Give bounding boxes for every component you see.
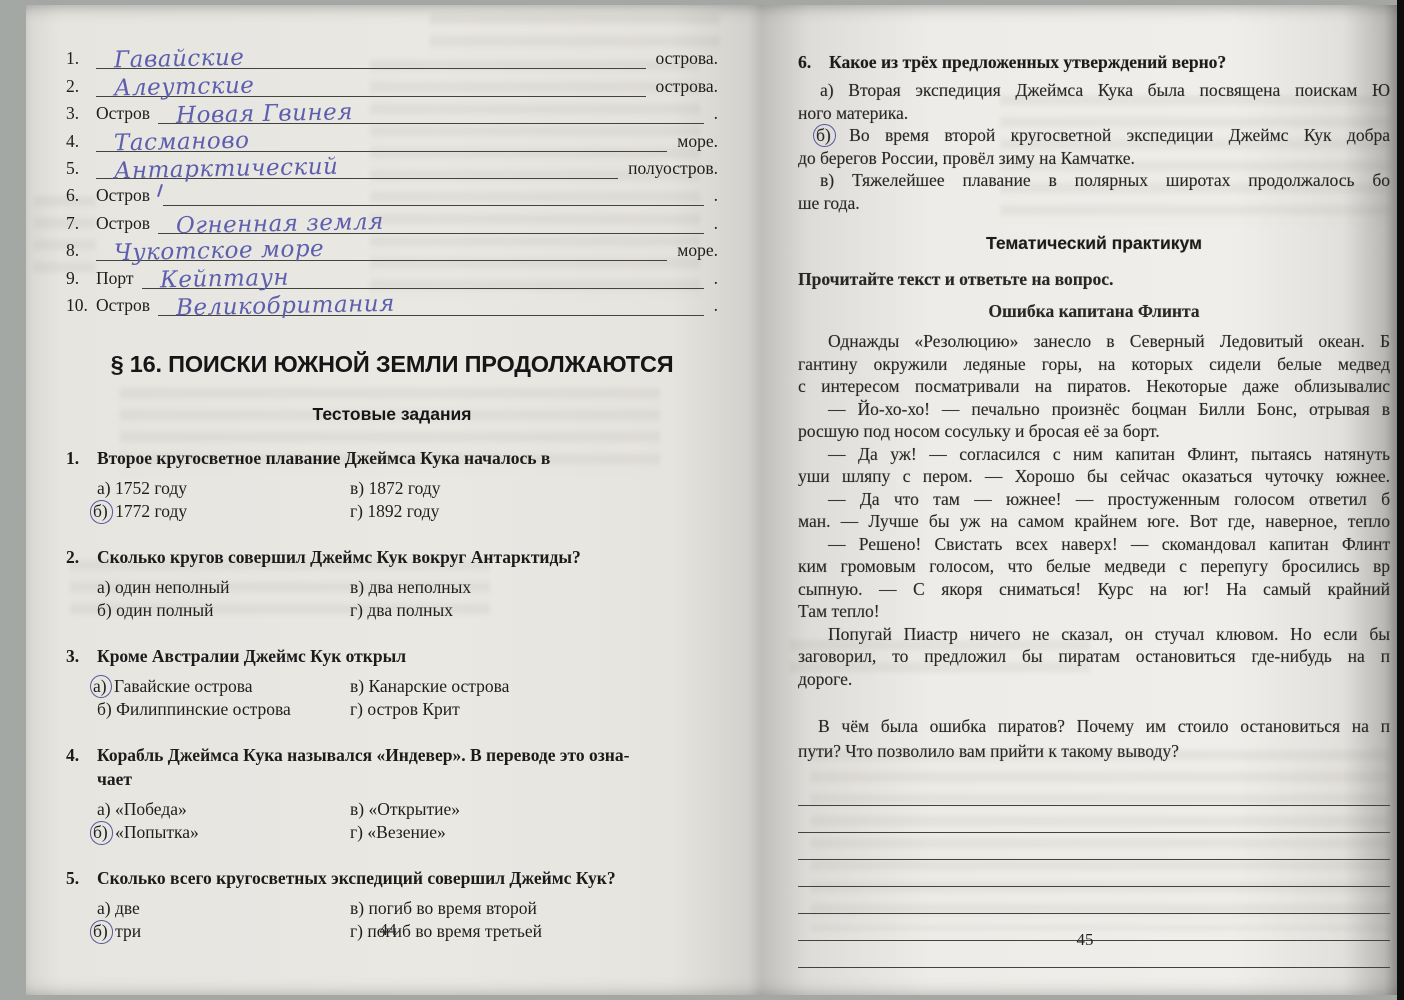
item-label: Остров — [96, 185, 158, 206]
answer-option: б) один полный — [97, 599, 350, 623]
answer-blank-line — [798, 860, 1390, 887]
question-number: 1. — [66, 446, 97, 470]
blank-line: Гавайские — [96, 41, 646, 69]
text-line: Там тепло! — [798, 600, 1390, 623]
item-label: Остров — [96, 295, 158, 316]
answer-option: а) 1752 году — [97, 477, 350, 501]
option-letter: в) — [820, 170, 834, 190]
item-number: 6. — [66, 185, 96, 206]
blank-line: Чукотское море — [96, 233, 667, 261]
option-letter-circled: б) — [90, 500, 113, 523]
item-suffix: . — [704, 213, 718, 234]
answer-option: в) 1872 году — [350, 477, 718, 501]
fill-in-row: 4.Тасмановоморе. — [66, 124, 718, 151]
option-letter-circled: б) — [90, 821, 113, 844]
answer-option-line: в) Тяжелейшее плавание в полярных широта… — [798, 169, 1390, 192]
answer-option-line: б) Во время второй кругосветной экспедиц… — [798, 124, 1390, 147]
blank-line: Огненная земля — [158, 205, 704, 233]
item-number: 1. — [66, 48, 96, 69]
item-number: 7. — [66, 213, 96, 234]
item-number: 2. — [66, 76, 96, 97]
item-number: 3. — [66, 103, 96, 124]
answer-option: а) две — [97, 897, 350, 921]
question-number: 6. — [798, 50, 829, 74]
blank-line: Тасманово — [96, 123, 667, 151]
item-number: 4. — [66, 131, 96, 152]
option-letter: в) — [350, 577, 364, 597]
answer-option: а) Гавайские острова — [97, 675, 350, 699]
question-options: а) один неполныйб) один полныйв) два неп… — [97, 576, 718, 623]
answer-option: в) «Открытие» — [350, 798, 718, 822]
section-title: § 16. ПОИСКИ ЮЖНОЙ ЗЕМЛИ ПРОДОЛЖАЮТСЯ — [66, 351, 718, 378]
text-line: Однажды «Резолюцию» занесло в Северный Л… — [798, 330, 1390, 353]
option-letter: в) — [350, 898, 364, 918]
option-letter: г) — [350, 600, 363, 620]
question-options: а) 1752 годуб) 1772 годув) 1872 годуг) 1… — [97, 477, 718, 524]
item-label: Порт — [96, 268, 142, 289]
option-letter: г) — [350, 501, 363, 521]
option-letter: б) — [97, 600, 112, 620]
practicum-instruction: Прочитайте текст и ответьте на вопрос. — [798, 269, 1390, 290]
item-suffix: острова. — [646, 48, 719, 69]
item-suffix: море. — [667, 131, 718, 152]
blank-line: Алеутские — [96, 68, 646, 96]
story-text: Однажды «Резолюцию» занесло в Северный Л… — [798, 330, 1390, 690]
item-suffix: . — [704, 295, 718, 316]
scan-right-edge — [1397, 0, 1404, 1000]
answer-option: а) один неполный — [97, 576, 350, 600]
blank-line: Великобритания — [158, 288, 704, 316]
text-line: сыпную. — С якоря сниматься! Курс на юг!… — [798, 578, 1390, 601]
text-line: гантину окружили ледяные горы, на которы… — [798, 353, 1390, 376]
question-options: а) Вторая экспедиция Джеймса Кука была п… — [798, 79, 1390, 214]
practicum-header: Тематический практикум — [798, 233, 1390, 254]
question-number: 2. — [66, 545, 97, 569]
answer-option: в) Канарские острова — [350, 675, 718, 699]
answer-option-line: ного материка. — [798, 102, 1390, 125]
option-letter: в) — [350, 478, 364, 498]
text-line: — Да что там — южнее! — простуженным гол… — [798, 488, 1390, 511]
item-suffix: . — [704, 185, 718, 206]
test-question: 2.Сколько кругов совершил Джеймс Кук вок… — [66, 545, 718, 623]
story-title: Ошибка капитана Флинта — [798, 301, 1390, 322]
blank-line: Кейптаун — [142, 260, 704, 288]
fill-in-list: 1.Гавайскиеострова.2.Алеутскиеострова.3.… — [66, 42, 718, 316]
item-suffix: . — [704, 103, 718, 124]
blank-line: Новая Гвинея — [158, 96, 704, 124]
question-number: 4. — [66, 743, 97, 791]
answer-option: г) «Везение» — [350, 821, 718, 845]
book-scan: 1.Гавайскиеострова.2.Алеутскиеострова.3.… — [0, 0, 1404, 1000]
question-title: 5.Сколько всего кругосветных экспедиций … — [66, 866, 718, 890]
text-line: с интересом посматривали на пиратов. Нек… — [798, 375, 1390, 398]
item-suffix: полуостров. — [618, 158, 718, 179]
option-letter: г) — [350, 822, 363, 842]
page-45: 6.Какое из трёх предложенных утверждений… — [772, 6, 1398, 990]
answer-option: б) Филиппинские острова — [97, 698, 350, 722]
answer-blank-line — [798, 887, 1390, 914]
fill-in-row: 8.Чукотское мореморе. — [66, 234, 718, 261]
answer-option-line: до берегов России, провёл зиму на Камчат… — [798, 147, 1390, 170]
fill-in-row: 1.Гавайскиеострова. — [66, 42, 718, 69]
question-title: 1.Второе кругосветное плавание Джеймса К… — [66, 446, 718, 470]
question-title: 4.Корабль Джеймса Кука назывался «Индеве… — [66, 743, 718, 791]
item-number: 10. — [66, 295, 96, 316]
question-number: 3. — [66, 644, 97, 668]
answer-option-line: ше года. — [798, 192, 1390, 215]
question-6: 6.Какое из трёх предложенных утверждений… — [798, 50, 1390, 214]
option-letter: а) — [97, 577, 111, 597]
test-question: 1.Второе кругосветное плавание Джеймса К… — [66, 446, 718, 524]
option-letter: а) — [97, 898, 111, 918]
answer-option: г) два полных — [350, 599, 718, 623]
practicum-question: В чём была ошибка пиратов? Почему им сто… — [798, 714, 1390, 764]
test-question: 4.Корабль Джеймса Кука назывался «Индеве… — [66, 743, 718, 845]
question-options: а) «Победа»б) «Попытка»в) «Открытие»г) «… — [97, 798, 718, 845]
option-letter: а) — [97, 478, 111, 498]
fill-in-row: 7.ОстровОгненная земля. — [66, 206, 718, 233]
option-letter: в) — [350, 676, 364, 696]
text-line: — Решено! Свистать всех наверх! — скоман… — [798, 533, 1390, 556]
fill-in-row: 3.ОстровНовая Гвинея. — [66, 97, 718, 124]
test-question: 3.Кроме Австралии Джеймс Кук открыла) Га… — [66, 644, 718, 722]
text-line: заговорил, то предложил бы пиратам остан… — [798, 645, 1390, 668]
answer-option-line: а) Вторая экспедиция Джеймса Кука была п… — [798, 79, 1390, 102]
option-letter-circled: а) — [90, 675, 112, 698]
text-line: росшую под носом сосульку и бросая её за… — [798, 420, 1390, 443]
blank-line: Антарктический — [96, 151, 618, 179]
option-letter-circled: б) — [813, 124, 836, 147]
page-number-left: 44 — [30, 920, 746, 940]
option-letter: а) — [97, 799, 111, 819]
item-label: Остров — [96, 103, 158, 124]
item-number: 9. — [66, 268, 96, 289]
item-label: Остров — [96, 213, 158, 234]
item-number: 5. — [66, 158, 96, 179]
option-letter: г) — [350, 699, 363, 719]
item-suffix: море. — [667, 240, 718, 261]
item-suffix: острова. — [646, 76, 719, 97]
question-title: 6.Какое из трёх предложенных утверждений… — [798, 50, 1390, 74]
handwritten-answer: Великобритания — [176, 291, 395, 322]
option-letter: а) — [820, 80, 834, 100]
text-line: пути? Что позволило вам прийти к такому … — [798, 739, 1390, 764]
item-number: 8. — [66, 240, 96, 261]
answer-option: в) погиб во время второй — [350, 897, 718, 921]
blank-line — [163, 178, 704, 206]
answer-option: г) 1892 году — [350, 500, 718, 524]
text-line: — Да уж! — согласился с ним капитан Флин… — [798, 443, 1390, 466]
fill-in-row: 2.Алеутскиеострова. — [66, 69, 718, 96]
answer-blank-line — [798, 806, 1390, 833]
answer-blank-line — [798, 833, 1390, 860]
answer-option: г) остров Крит — [350, 698, 718, 722]
item-suffix: . — [704, 268, 718, 289]
text-line: В чём была ошибка пиратов? Почему им сто… — [798, 714, 1390, 739]
fill-in-row: 10.ОстровВеликобритания. — [66, 289, 718, 316]
option-letter: в) — [350, 799, 364, 819]
question-title: 2.Сколько кругов совершил Джеймс Кук вок… — [66, 545, 718, 569]
page-number-right: 45 — [772, 930, 1398, 950]
answer-option: б) «Попытка» — [97, 821, 350, 845]
text-line: Попугай Пиастр ничего не сказал, он стуч… — [798, 623, 1390, 646]
text-line: дороге. — [798, 668, 1390, 691]
test-tasks-header: Тестовые задания — [66, 404, 718, 425]
option-letter: б) — [97, 699, 112, 719]
fill-in-row: 5.Антарктическийполуостров. — [66, 152, 718, 179]
text-line: ким громовым голосом, что белые медведи … — [798, 555, 1390, 578]
page-44: 1.Гавайскиеострова.2.Алеутскиеострова.3.… — [30, 6, 746, 990]
text-line: — Йо-хо-хо! — печально произнёс боцман Б… — [798, 398, 1390, 421]
answer-option: б) 1772 году — [97, 500, 350, 524]
text-line: уши шляпу с пером. — Хорошо бы сейчас ок… — [798, 465, 1390, 488]
question-options: а) Гавайские островаб) Филиппинские остр… — [97, 675, 718, 722]
fill-in-row: 6.Остров. — [66, 179, 718, 206]
question-number: 5. — [66, 866, 97, 890]
test-questions: 1.Второе кругосветное плавание Джеймса К… — [66, 446, 718, 944]
answer-blank-line — [798, 779, 1390, 806]
text-line: ман. — Лучше бы уж на самом крайнем юге.… — [798, 510, 1390, 533]
answer-option: в) два неполных — [350, 576, 718, 600]
fill-in-row: 9.ПортКейптаун. — [66, 261, 718, 288]
question-title: 3.Кроме Австралии Джеймс Кук открыл — [66, 644, 718, 668]
answer-option: а) «Победа» — [97, 798, 350, 822]
